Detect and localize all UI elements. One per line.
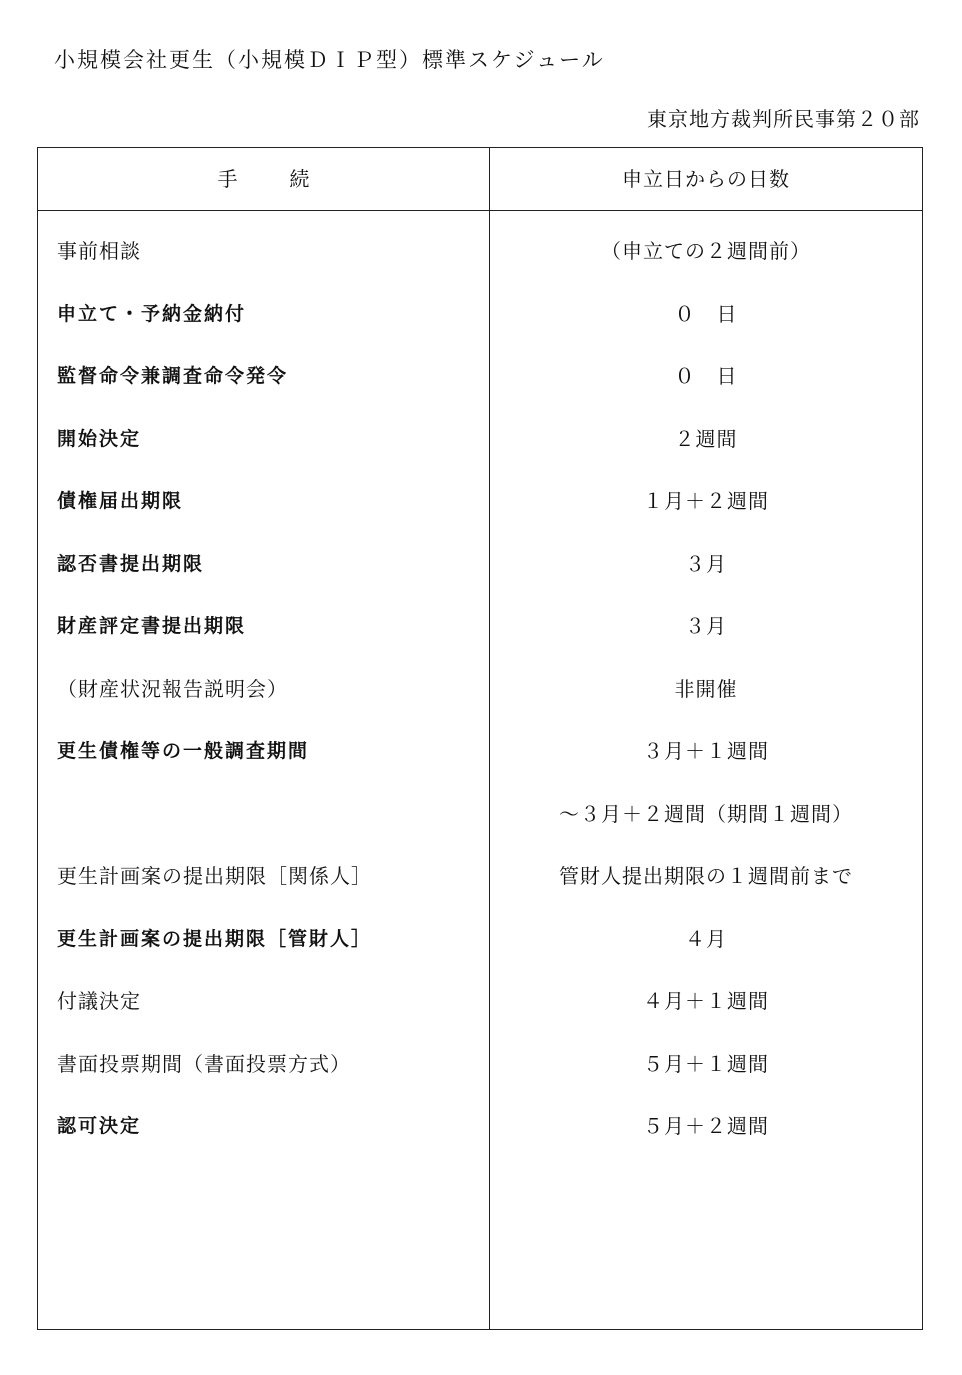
procedure-cell: 事前相談 <box>57 220 482 283</box>
days-cell: ３月＋１週間 <box>490 720 922 783</box>
procedure-cell: 更生債権等の一般調査期間 <box>57 720 482 783</box>
procedure-cell: （財産状況報告説明会） <box>57 658 482 721</box>
procedure-cell: 申立て・予納金納付 <box>57 283 482 346</box>
header-procedure-label: 手続 <box>166 167 362 191</box>
table-row: 付議決定 ４月＋１週間 <box>38 970 922 1033</box>
days-cell: ２週間 <box>490 408 922 471</box>
days-cell: ４月＋１週間 <box>490 970 922 1033</box>
table-row: （財産状況報告説明会） 非開催 <box>38 658 922 721</box>
table-row: 申立て・予納金納付 ０ 日 <box>38 283 922 346</box>
document-title: 小規模会社更生（小規模ＤＩＰ型）標準スケジュール <box>54 44 605 74</box>
days-cell: ４月 <box>490 908 922 971</box>
procedure-cell: 債権届出期限 <box>57 470 482 533</box>
procedure-cell: 書面投票期間（書面投票方式） <box>57 1033 482 1096</box>
table-row: ～３月＋２週間（期間１週間） <box>38 783 922 846</box>
days-cell: ３月 <box>490 595 922 658</box>
table-row: 書面投票期間（書面投票方式） ５月＋１週間 <box>38 1033 922 1096</box>
days-cell: ～３月＋２週間（期間１週間） <box>490 783 922 846</box>
table-row: 財産評定書提出期限 ３月 <box>38 595 922 658</box>
days-cell: ５月＋２週間 <box>490 1095 922 1158</box>
table-header-row: 手続 申立日からの日数 <box>38 148 922 211</box>
table-body: 事前相談 （申立ての２週間前） 申立て・予納金納付 ０ 日 監督命令兼調査命令発… <box>38 220 922 1158</box>
table-row: 認可決定 ５月＋２週間 <box>38 1095 922 1158</box>
procedure-cell: 認否書提出期限 <box>57 533 482 596</box>
table-row: 更生計画案の提出期限［関係人］ 管財人提出期限の１週間前まで <box>38 845 922 908</box>
table-row: 事前相談 （申立ての２週間前） <box>38 220 922 283</box>
table-row: 更生計画案の提出期限［管財人］ ４月 <box>38 908 922 971</box>
days-cell: ５月＋１週間 <box>490 1033 922 1096</box>
table-row: 認否書提出期限 ３月 <box>38 533 922 596</box>
procedure-cell <box>57 783 482 846</box>
table-row: 更生債権等の一般調査期間 ３月＋１週間 <box>38 720 922 783</box>
table-row: 監督命令兼調査命令発令 ０ 日 <box>38 345 922 408</box>
days-cell: １月＋２週間 <box>490 470 922 533</box>
procedure-cell: 認可決定 <box>57 1095 482 1158</box>
procedure-cell: 財産評定書提出期限 <box>57 595 482 658</box>
table-row: 開始決定 ２週間 <box>38 408 922 471</box>
header-procedure: 手続 <box>38 148 489 210</box>
days-cell: ３月 <box>490 533 922 596</box>
days-cell: ０ 日 <box>490 283 922 346</box>
days-cell: （申立ての２週間前） <box>490 220 922 283</box>
days-cell: 管財人提出期限の１週間前まで <box>490 845 922 908</box>
procedure-cell: 更生計画案の提出期限［関係人］ <box>57 845 482 908</box>
days-cell: ０ 日 <box>490 345 922 408</box>
table-row: 債権届出期限 １月＋２週間 <box>38 470 922 533</box>
procedure-cell: 更生計画案の提出期限［管財人］ <box>57 908 482 971</box>
court-department: 東京地方裁判所民事第２０部 <box>647 103 920 132</box>
procedure-cell: 開始決定 <box>57 408 482 471</box>
header-days-from-filing: 申立日からの日数 <box>490 148 922 210</box>
days-cell: 非開催 <box>490 658 922 721</box>
procedure-cell: 監督命令兼調査命令発令 <box>57 345 482 408</box>
schedule-table: 手続 申立日からの日数 事前相談 （申立ての２週間前） 申立て・予納金納付 ０ … <box>37 147 923 1330</box>
procedure-cell: 付議決定 <box>57 970 482 1033</box>
